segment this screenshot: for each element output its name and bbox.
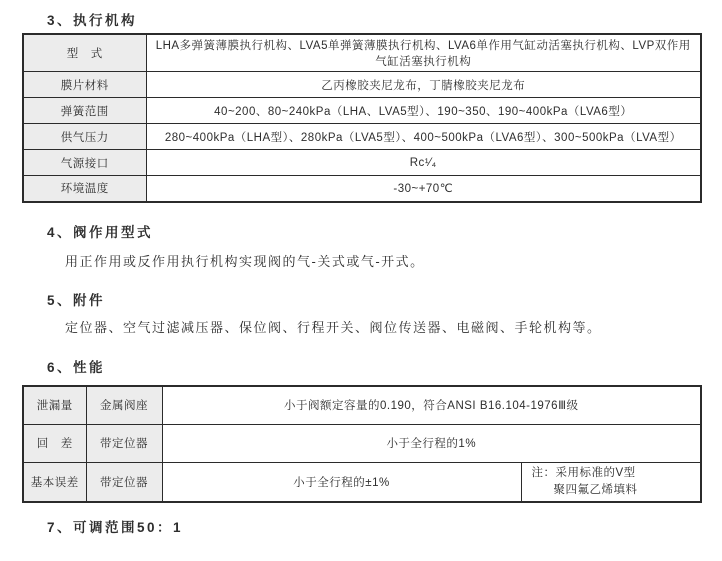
perf-note-line-2: 聚四氟乙烯填料 bbox=[532, 482, 695, 499]
perf-label-leakage: 泄漏量 bbox=[23, 386, 86, 424]
perf-sublabel-with-positioner-2: 带定位器 bbox=[86, 462, 162, 502]
spec-value-air-connection: Rc¹⁄₄ bbox=[146, 150, 701, 176]
spec-value-supply-pressure: 280~400kPa（LHA型）、280kPa（LVA5型）、400~500kP… bbox=[146, 124, 701, 150]
section-6-heading: 6、性能 bbox=[47, 356, 105, 376]
perf-sublabel-with-positioner-1: 带定位器 bbox=[86, 424, 162, 462]
table-row: 回 差 带定位器 小于全行程的1% bbox=[23, 424, 701, 462]
perf-sublabel-metal-seat: 金属阀座 bbox=[86, 386, 162, 424]
document-page: 3、执行机构 型 式 LHA多弹簧薄膜执行机构、LVA5单弹簧薄膜执行机构、LV… bbox=[0, 0, 722, 561]
spec-label-air-connection: 气源接口 bbox=[23, 150, 146, 176]
table-row: 环境温度 -30~+70℃ bbox=[23, 176, 701, 202]
perf-note-line-1: 注：采用标准的V型 bbox=[532, 465, 695, 482]
spec-label-ambient-temp: 环境温度 bbox=[23, 176, 146, 202]
spec-label-supply-pressure: 供气压力 bbox=[23, 124, 146, 150]
section-3-heading: 3、执行机构 bbox=[47, 9, 137, 29]
table-row: 弹簧范围 40~200、80~240kPa（LHA、LVA5型）、190~350… bbox=[23, 98, 701, 124]
perf-value-leakage: 小于阀额定容量的0.190，符合ANSI B16.104-1976Ⅲ级 bbox=[162, 386, 701, 424]
section-4-heading: 4、阀作用型式 bbox=[47, 221, 153, 241]
perf-label-hysteresis: 回 差 bbox=[23, 424, 86, 462]
section-5-text: 定位器、空气过滤减压器、保位阀、行程开关、阀位传送器、电磁阀、手轮机构等。 bbox=[65, 317, 602, 336]
perf-label-basic-error: 基本误差 bbox=[23, 462, 86, 502]
table-row: 型 式 LHA多弹簧薄膜执行机构、LVA5单弹簧薄膜执行机构、LVA6单作用气缸… bbox=[23, 34, 701, 72]
spec-label-diaphragm: 膜片材料 bbox=[23, 72, 146, 98]
perf-value-hysteresis: 小于全行程的1% bbox=[162, 424, 701, 462]
table-row: 基本误差 带定位器 小于全行程的±1% 注：采用标准的V型 聚四氟乙烯填料 bbox=[23, 462, 701, 502]
table-row: 供气压力 280~400kPa（LHA型）、280kPa（LVA5型）、400~… bbox=[23, 124, 701, 150]
spec-value-diaphragm: 乙丙橡胶夹尼龙布，丁腈橡胶夹尼龙布 bbox=[146, 72, 701, 98]
table-row: 气源接口 Rc¹⁄₄ bbox=[23, 150, 701, 176]
performance-table: 泄漏量 金属阀座 小于阀额定容量的0.190，符合ANSI B16.104-19… bbox=[22, 385, 702, 503]
spec-value-type: LHA多弹簧薄膜执行机构、LVA5单弹簧薄膜执行机构、LVA6单作用气缸动活塞执… bbox=[146, 34, 701, 72]
section-5-heading: 5、附件 bbox=[47, 289, 105, 309]
section-4-text: 用正作用或反作用执行机构实现阀的气-关式或气-开式。 bbox=[65, 251, 425, 270]
spec-value-spring-range: 40~200、80~240kPa（LHA、LVA5型）、190~350、190~… bbox=[146, 98, 701, 124]
actuator-spec-table: 型 式 LHA多弹簧薄膜执行机构、LVA5单弹簧薄膜执行机构、LVA6单作用气缸… bbox=[22, 33, 702, 203]
spec-label-spring-range: 弹簧范围 bbox=[23, 98, 146, 124]
perf-note: 注：采用标准的V型 聚四氟乙烯填料 bbox=[521, 462, 701, 502]
perf-value-basic-error: 小于全行程的±1% bbox=[162, 462, 521, 502]
table-row: 膜片材料 乙丙橡胶夹尼龙布，丁腈橡胶夹尼龙布 bbox=[23, 72, 701, 98]
table-row: 泄漏量 金属阀座 小于阀额定容量的0.190，符合ANSI B16.104-19… bbox=[23, 386, 701, 424]
spec-value-ambient-temp: -30~+70℃ bbox=[146, 176, 701, 202]
section-7-heading: 7、可调范围50：1 bbox=[47, 516, 183, 536]
spec-label-type: 型 式 bbox=[23, 34, 146, 72]
